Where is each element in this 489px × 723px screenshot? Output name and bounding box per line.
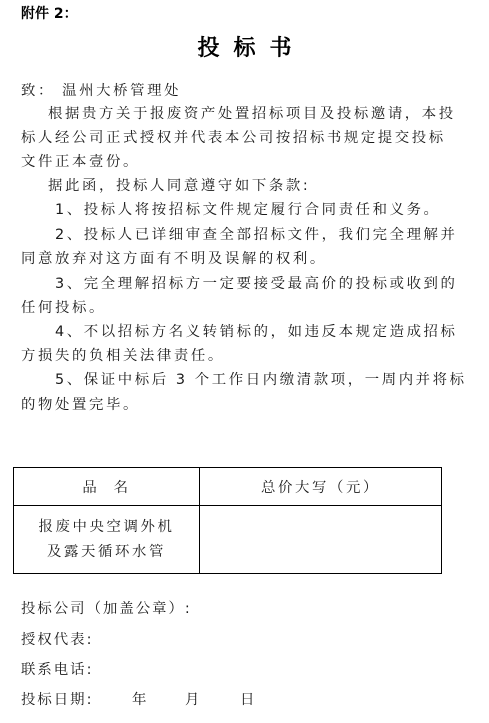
company-seal-label: 投标公司（加盖公章）: (21, 597, 192, 618)
body-line: 标人经公司正式授权并代表本公司按招标书规定提交投标 (21, 128, 446, 148)
item-name-line1: 报废中央空调外机 (15, 515, 198, 540)
table-header-row: 品 名 总价大写（元） (14, 468, 442, 506)
page-title: 投标书 (0, 31, 489, 62)
date-day: 日 (240, 688, 256, 709)
body-line: 据此函，投标人同意遵守如下条款: (48, 176, 310, 196)
representative-label: 授权代表: (21, 628, 93, 649)
clause-3: 3、完全理解招标方一定要接受最高价的投标或收到的 (55, 274, 458, 294)
attachment-label: 附件 2： (21, 3, 78, 23)
phone-label: 联系电话: (21, 658, 93, 679)
bid-table: 品 名 总价大写（元） 报废中央空调外机 及露天循环水管 (13, 467, 442, 574)
item-name-line2: 及露天循环水管 (15, 540, 198, 565)
clause-2: 2、投标人已详细审查全部招标文件，我们完全理解并 (55, 225, 458, 245)
body-line: 文件正本壹份。 (21, 152, 140, 172)
clause-4-cont: 方损失的负相关法律责任。 (21, 346, 225, 366)
clause-5: 5、保证中标后 3 个工作日内缴清款项，一周内并将标 (55, 370, 467, 390)
item-name-cell: 报废中央空调外机 及露天循环水管 (14, 506, 200, 574)
header-total-price: 总价大写（元） (200, 468, 442, 506)
clause-3-cont: 任何投标。 (21, 298, 106, 318)
clause-2-cont: 同意放弃对这方面有不明及误解的权利。 (21, 249, 327, 269)
bid-date-row: 投标日期: 年 月 日 (21, 688, 256, 709)
date-year: 年 (132, 688, 148, 709)
total-price-cell[interactable] (200, 506, 442, 574)
header-item-name: 品 名 (14, 468, 200, 506)
clause-1: 1、投标人将按招标文件规定履行合同责任和义务。 (55, 200, 441, 220)
clause-5-cont: 的物处置完毕。 (21, 395, 140, 415)
clause-4: 4、不以招标方名义转销标的，如违反本规定造成招标 (55, 322, 458, 342)
date-month: 月 (185, 688, 201, 709)
date-label: 投标日期: (21, 688, 93, 709)
addressee: 致： 温州大桥管理处 (21, 81, 181, 101)
table-row: 报废中央空调外机 及露天循环水管 (14, 506, 442, 574)
body-line: 根据贵方关于报废资产处置招标项目及投标邀请，本投 (48, 104, 456, 124)
